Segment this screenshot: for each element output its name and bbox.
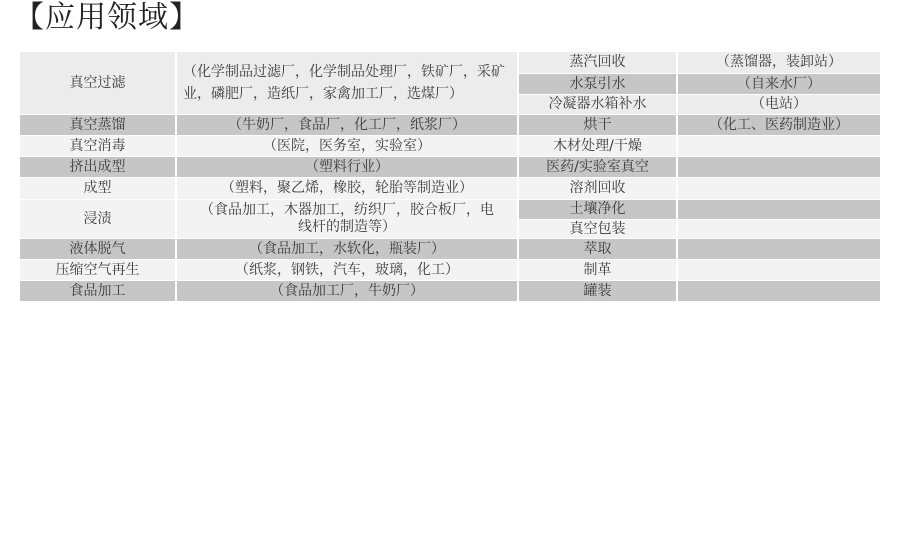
table-cell-industries: （食品加工，木器加工，纺织厂，胶合板厂，电线杆的制造等） [177,200,517,238]
table-cell-field: 土壤净化 [519,200,676,219]
table-cell-field: 罐装 [519,281,676,301]
table-cell-industries: （电站） [678,95,880,114]
table-cell-industries [678,200,880,219]
table-cell-industries [678,281,880,301]
table-cell-industries: （蒸馏器，装卸站） [678,52,880,73]
table-cell-field: 浸渍 [20,200,175,238]
table-cell-field: 医药/实验室真空 [519,157,676,177]
table-cell-industries: （食品加工厂，牛奶厂） [177,281,517,301]
table-cell-field: 液体脱气 [20,239,175,259]
table-cell-field: 真空消毒 [20,136,175,156]
table-cell-field: 水泵引水 [519,74,676,94]
table-cell-field: 真空蒸馏 [20,115,175,135]
table-cell-industries [678,136,880,156]
table-cell-industries [678,239,880,259]
table-cell-industries: （化工、医药制造业） [678,115,880,135]
table-cell-industries [678,220,880,238]
table-cell-field: 成型 [20,178,175,199]
table-cell-industries: （自来水厂） [678,74,880,94]
table-cell-industries: （塑料，聚乙烯，橡胶，轮胎等制造业） [177,178,517,199]
table-cell-field: 挤出成型 [20,157,175,177]
table-cell-industries [678,157,880,177]
table-cell-industries: （纸浆，钢铁，汽车，玻璃，化工） [177,260,517,280]
table-cell-field: 萃取 [519,239,676,259]
page-title: 【应用领域】 [14,0,200,36]
table-cell-field: 真空包装 [519,220,676,238]
table-cell-field: 冷凝器水箱补水 [519,95,676,114]
table-cell-industries [678,178,880,199]
table-cell-industries: （化学制品过滤厂，化学制品处理厂，铁矿厂，采矿业，磷肥厂，造纸厂，家禽加工厂，选… [177,52,517,114]
table-cell-field: 溶剂回收 [519,178,676,199]
table-cell-field: 食品加工 [20,281,175,301]
table-cell-industries: （牛奶厂，食品厂，化工厂，纸浆厂） [177,115,517,135]
table-cell-industries: （医院，医务室，实验室） [177,136,517,156]
table-cell-industries: （塑料行业） [177,157,517,177]
table-cell-field: 木材处理/干燥 [519,136,676,156]
table-cell-industries [678,260,880,280]
table-cell-field: 真空过滤 [20,52,175,114]
table-cell-field: 制革 [519,260,676,280]
table-cell-industries: （食品加工，水软化，瓶装厂） [177,239,517,259]
table-cell-field: 蒸汽回收 [519,52,676,73]
table-cell-field: 压缩空气再生 [20,260,175,280]
table-cell-field: 烘干 [519,115,676,135]
